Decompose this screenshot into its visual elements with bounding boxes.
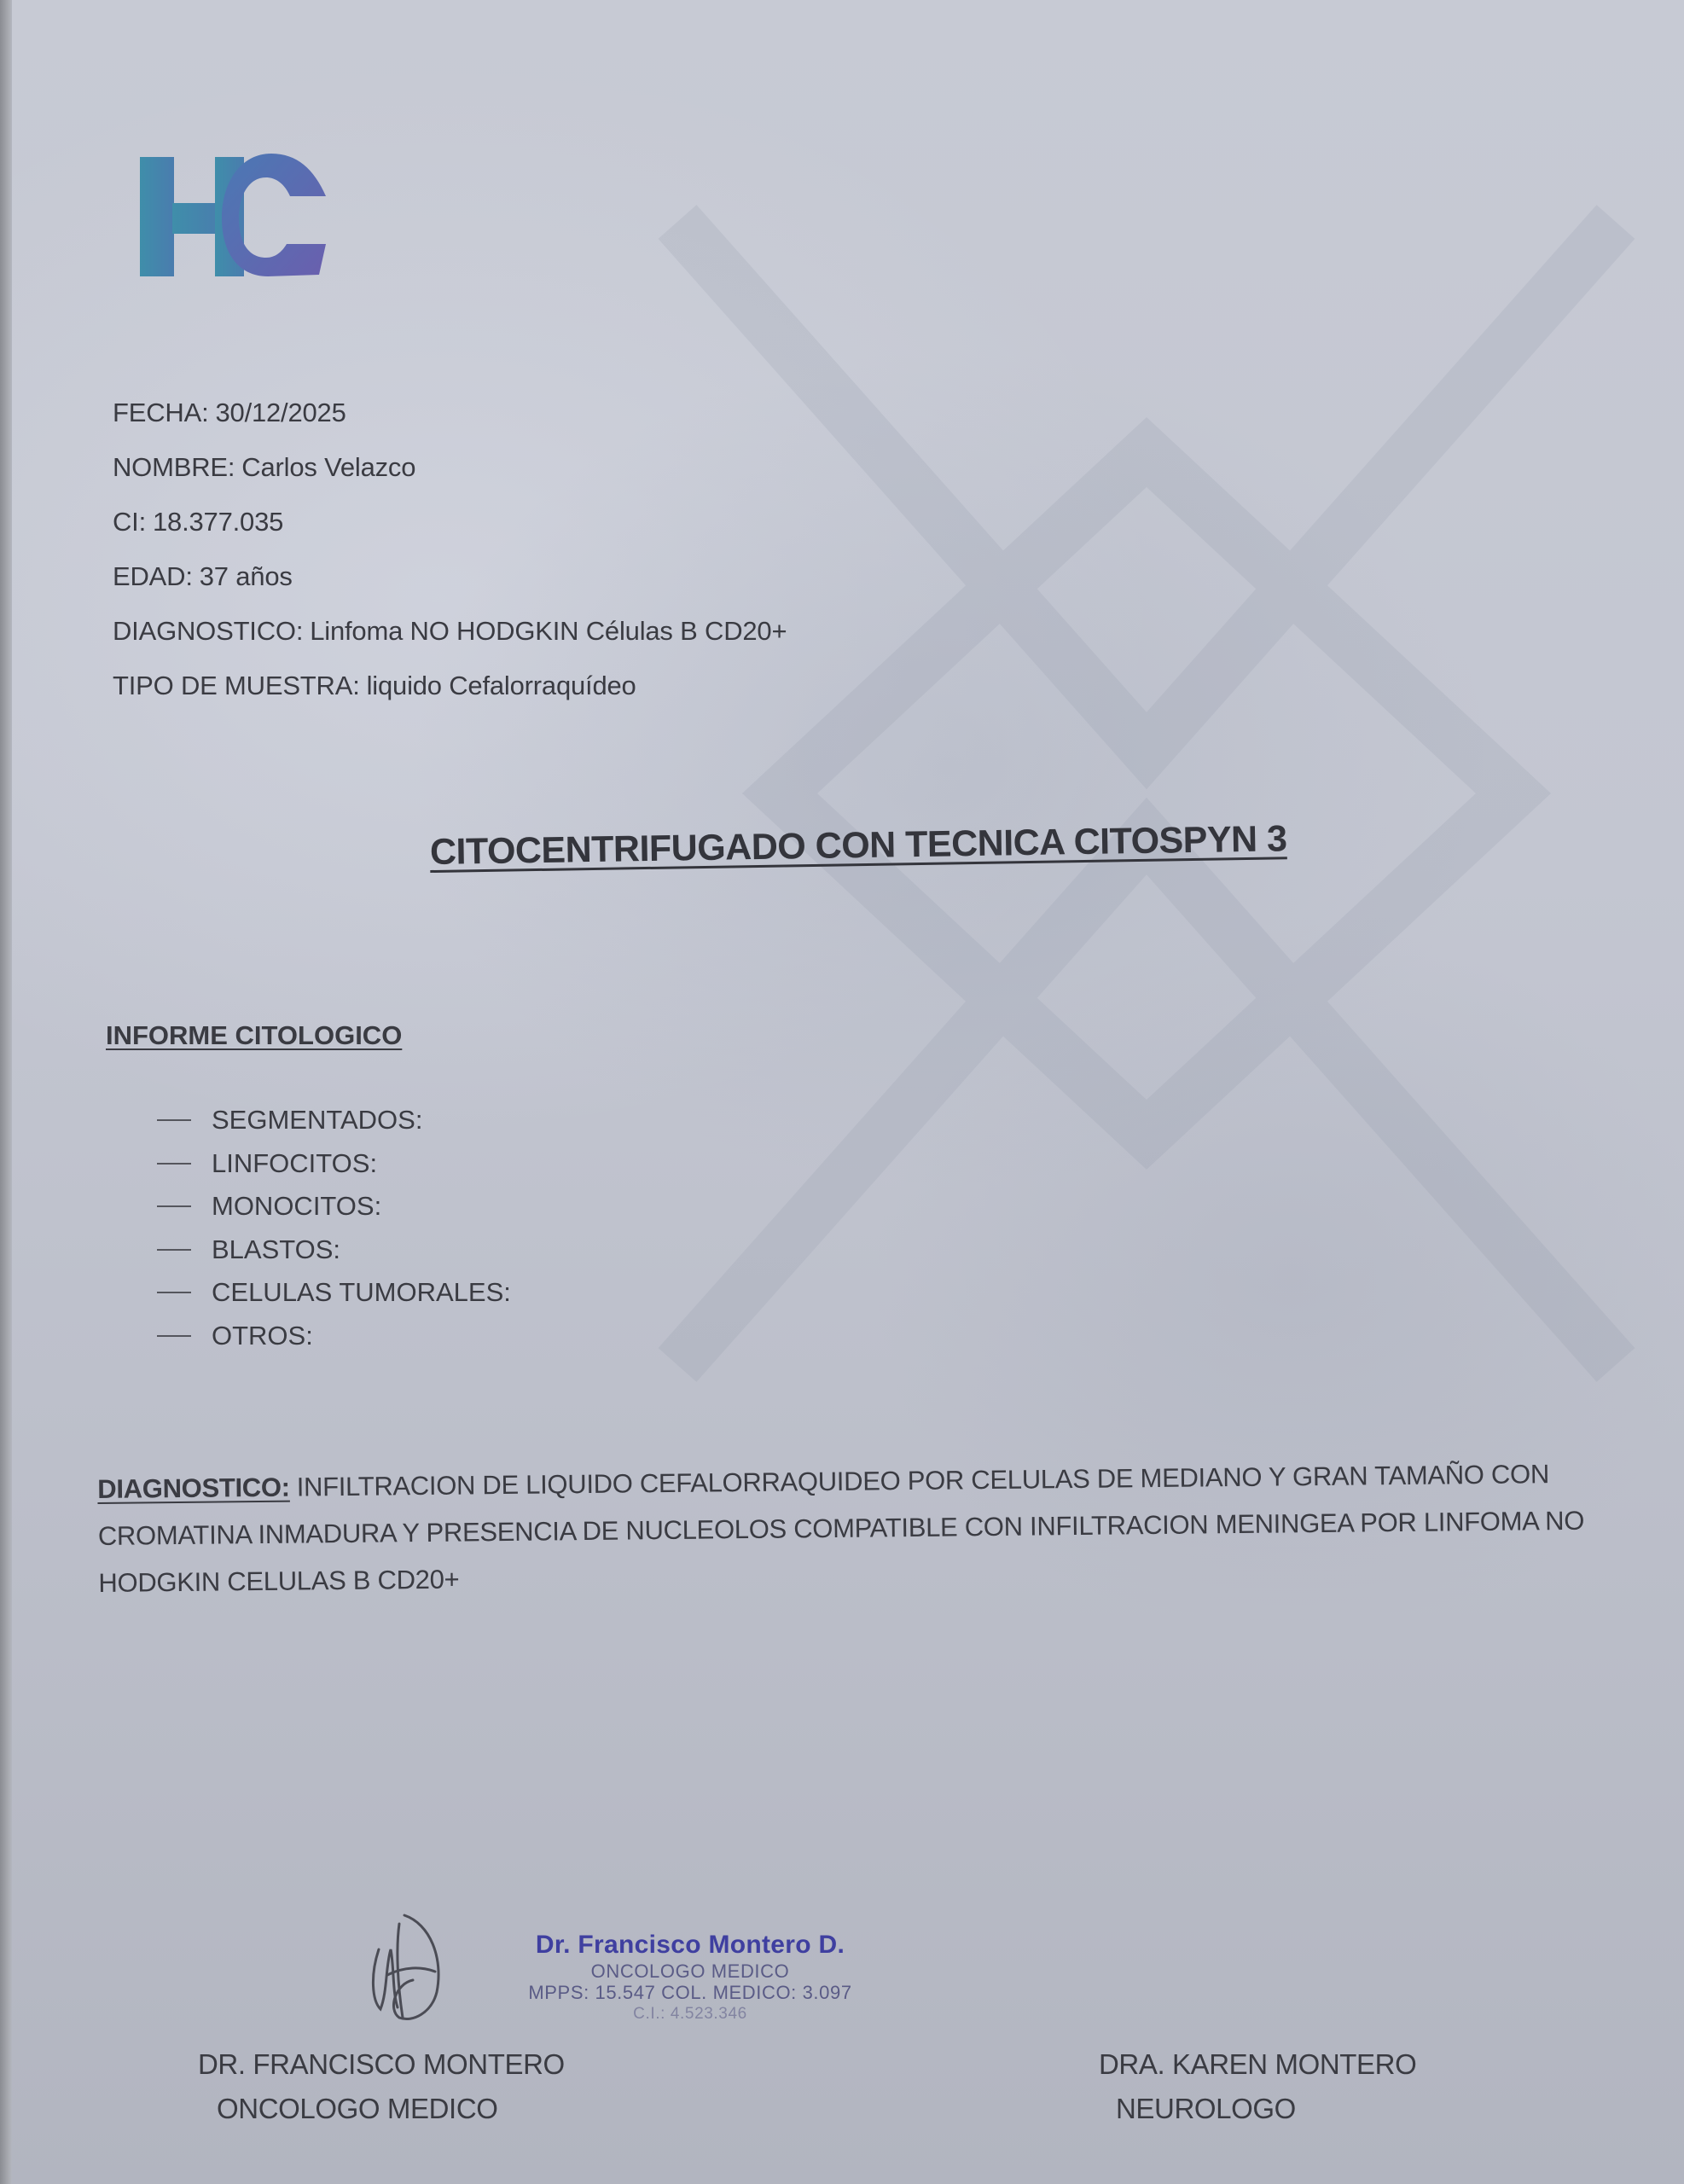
field-nombre: NOMBRE:Carlos Velazco	[113, 440, 787, 495]
signatory-name: DR. FRANCISCO MONTERO	[198, 2042, 565, 2087]
field-fecha: FECHA:30/12/2025	[113, 386, 787, 440]
signatory-oncologist: DR. FRANCISCO MONTERO ONCOLOGO MEDICO	[198, 2042, 565, 2131]
field-diagnostico: DIAGNOSTICO:Linfoma NO HODGKIN Células B…	[113, 604, 787, 659]
signatory-role: NEUROLOGO	[1099, 2087, 1416, 2131]
dash-icon	[157, 1335, 191, 1337]
handwritten-signature	[362, 1898, 447, 2026]
field-tipo-muestra: TIPO DE MUESTRA:liquido Cefalorraquídeo	[113, 659, 787, 713]
list-item: OTROS:	[157, 1315, 520, 1358]
diagnosis-text: INFILTRACION DE LIQUIDO CEFALORRAQUIDEO …	[98, 1459, 1585, 1598]
list-item: SEGMENTADOS:	[157, 1099, 520, 1142]
field-edad: EDAD:37 años	[113, 549, 787, 604]
field-ci: CI:18.377.035	[113, 495, 787, 549]
stamp-name: Dr. Francisco Montero D.	[524, 1930, 857, 1960]
list-item: LINFOCITOS:	[157, 1142, 520, 1186]
report-page: FECHA:30/12/2025 NOMBRE:Carlos Velazco C…	[12, 0, 1684, 2184]
diagnosis-paragraph: DIAGNOSTICO:INFILTRACION DE LIQUIDO CEFA…	[97, 1449, 1669, 1606]
hc-logo	[138, 147, 326, 283]
dash-icon	[157, 1119, 191, 1121]
list-item: MONOCITOS:	[157, 1185, 520, 1228]
stamp-specialty: ONCOLOGO MEDICO	[524, 1960, 857, 1982]
diagnosis-label: DIAGNOSTICO:	[97, 1472, 290, 1504]
list-item: BLASTOS:	[157, 1228, 520, 1272]
informe-heading: INFORME CITOLOGICO	[106, 1020, 402, 1051]
signatory-name: DRA. KAREN MONTERO	[1099, 2042, 1416, 2087]
list-item: CELULAS TUMORALES:	[157, 1271, 520, 1315]
dash-icon	[157, 1163, 191, 1165]
signatory-role: ONCOLOGO MEDICO	[198, 2087, 565, 2131]
patient-info: FECHA:30/12/2025 NOMBRE:Carlos Velazco C…	[113, 386, 787, 713]
stamp-id: C.I.: 4.523.346	[524, 2003, 857, 2024]
cell-count-list: SEGMENTADOS: LINFOCITOS: MONOCITOS: BLAS…	[157, 1099, 520, 1357]
signatory-neurologist: DRA. KAREN MONTERO NEUROLOGO	[1099, 2042, 1416, 2131]
dash-icon	[157, 1292, 191, 1293]
dash-icon	[157, 1205, 191, 1207]
doctor-stamp: Dr. Francisco Montero D. ONCOLOGO MEDICO…	[524, 1930, 857, 2024]
dash-icon	[157, 1249, 191, 1251]
stamp-registration: MPPS: 15.547 COL. MEDICO: 3.097	[524, 1982, 857, 2003]
watermark-emblem	[609, 154, 1684, 1433]
